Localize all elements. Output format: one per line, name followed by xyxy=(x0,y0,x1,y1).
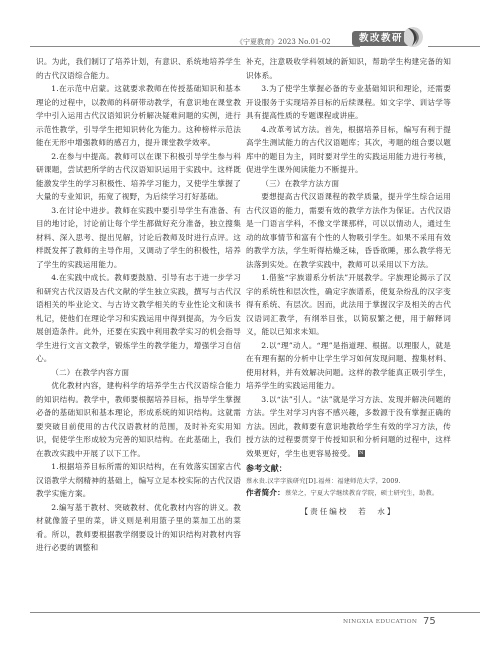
paragraph: 4.改革考试方法。首先，根据培养目标，编写有利于提高学生测试能力的古代汉语题库；… xyxy=(246,123,451,177)
paragraph: 4.在实践中成长。教师要鼓励、引导有志于进一步学习和研究古代汉语及古代文献的学生… xyxy=(36,271,241,366)
paragraph-final: 3.以“法”引人。“法”就是学习方法、发现并解决问题的方法。学生对学习内容不感兴… xyxy=(246,393,451,461)
paragraph: 1.在示范中启蒙。这就要求教师在传授基础知识和基本理论的过程中，以教师的科研带动… xyxy=(36,82,241,150)
paragraph: 3.为了使学生掌握必备的专业基础知识和理论，还需要开设服务于实现培养目标的后续课… xyxy=(246,82,451,123)
author-label: 作者简介： xyxy=(246,488,285,497)
paragraph: 补充，注意吸收学科领域的新知识，帮助学生构建完备的知识体系。 xyxy=(246,55,451,82)
paragraph: 1.根据培养目标所需的知识结构，在有效落实国家古代汉语教学大纲精神的基础上，编写… xyxy=(36,460,241,501)
page-number: 75 xyxy=(423,616,436,627)
paragraph: 1.借鉴“字族谱系分析法”开展教学。字族理论揭示了汉字的系统性和层次性，确定字族… xyxy=(246,271,451,339)
author-bio: 作者简介：蔡荣之，宁夏大学继续教育学院，硕士研究生，助教。 xyxy=(246,487,451,499)
paragraph: 识。为此，我们制订了培养计划，有意识、系统地培养学生的古代汉语综合能力。 xyxy=(36,55,241,82)
section-badge: 教改教研 xyxy=(352,31,410,46)
editor-credit: 【责任编校 若 水】 xyxy=(246,505,451,519)
references-title: 参考文献： xyxy=(246,462,451,476)
left-column: 识。为此，我们制订了培养计划，有意识、系统地培养学生的古代汉语综合能力。 1.在… xyxy=(36,55,241,555)
section-subheading: （三）在教学方法方面 xyxy=(246,177,451,191)
paragraph: 2.编写基于教材、突破教材、优化教材内容的讲义。教材就像篮子里的菜，讲义则是利用… xyxy=(36,501,241,555)
paragraph: 优化教材内容，建构科学的培养学生古代汉语综合能力的知识结构。教学中，教师要根据培… xyxy=(36,379,241,460)
paragraph: 2.在参与中提高。教师可以在课下积极引导学生参与科研课题，尝试把所学的古代汉语知… xyxy=(36,150,241,204)
header-rule-right xyxy=(428,46,480,47)
footer-rule xyxy=(30,612,480,613)
author-text: 蔡荣之，宁夏大学继续教育学院，硕士研究生，助教。 xyxy=(285,490,438,497)
journal-name-english: NINGXIA EDUCATION xyxy=(343,619,417,625)
swirl-logo-icon xyxy=(404,25,426,49)
journal-issue: 《宁夏教育》2023 No.01-02 xyxy=(236,37,331,47)
right-column: 补充，注意吸收学科领域的新知识，帮助学生构建完备的知识体系。 3.为了使学生掌握… xyxy=(246,55,451,518)
paragraph: 要想提高古代汉语课程的教学质量，提升学生综合运用古代汉语的能力，需要有效的教学方… xyxy=(246,190,451,271)
reference-item: 蔡永贵.汉字字族研究[D].福州：福建师范大学，2009. xyxy=(246,476,451,487)
end-mark-icon: N xyxy=(358,450,365,457)
paragraph: 2.以“理”动人。“理”是指道理、根据。以理服人，就是在有理有据的分析中让学生学… xyxy=(246,339,451,393)
paragraph-text: 3.以“法”引人。“法”就是学习方法、发现并解决问题的方法。学生对学习内容不感兴… xyxy=(246,395,451,458)
paragraph: 3.在讨论中进步。教师在实践中要引导学生有准备、有目的地讨论，讨论前让每个学生都… xyxy=(36,204,241,272)
page-header: 《宁夏教育》2023 No.01-02 教改教研 xyxy=(0,0,480,52)
section-subheading: （二）在教学内容方面 xyxy=(36,366,241,380)
